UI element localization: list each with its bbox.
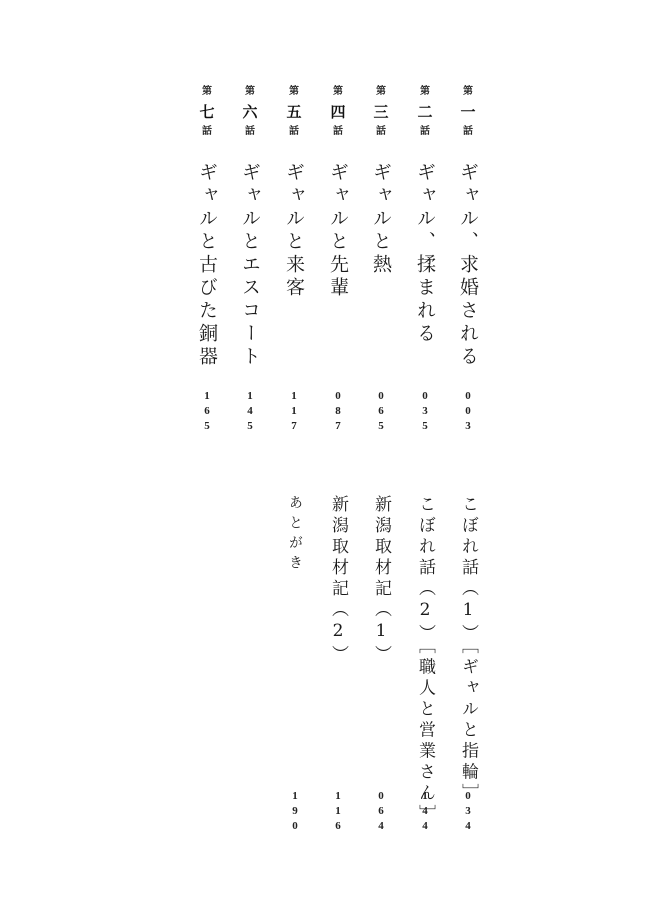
chapter-page-1: 003 bbox=[458, 390, 478, 435]
chapter-suffix: 話 bbox=[289, 126, 299, 138]
page-number: 034 bbox=[461, 790, 475, 835]
page-number: 144 bbox=[418, 790, 432, 835]
page-number: 117 bbox=[287, 390, 301, 435]
chapter-number: 二 bbox=[417, 103, 432, 121]
page-number: 165 bbox=[200, 390, 214, 435]
chapter-number: 四 bbox=[330, 103, 345, 121]
chapter-suffix: 話 bbox=[420, 126, 430, 138]
page-number: 064 bbox=[374, 790, 388, 835]
extra-page-5: 190 bbox=[285, 790, 305, 835]
chapter-page-5: 117 bbox=[284, 390, 304, 435]
extra-title-1[interactable]: こぼれ話（1）［ギャルと指輪］ bbox=[453, 495, 483, 805]
chapter-prefix: 第 bbox=[420, 86, 430, 98]
page-number: 087 bbox=[331, 390, 345, 435]
extra-title-5[interactable]: あとがき bbox=[280, 495, 310, 575]
chapter-suffix: 話 bbox=[376, 126, 386, 138]
chapter-prefix: 第 bbox=[202, 86, 212, 98]
extra-title-4[interactable]: 新潟取材記（2） bbox=[323, 495, 353, 666]
chapter-title-6[interactable]: ギャルとエスコート bbox=[235, 162, 265, 369]
chapter-suffix: 話 bbox=[333, 126, 343, 138]
chapter-page-3: 065 bbox=[371, 390, 391, 435]
chapter-label-5: 第 五 話 bbox=[279, 86, 309, 138]
chapter-prefix: 第 bbox=[376, 86, 386, 98]
chapter-number: 一 bbox=[460, 103, 475, 121]
chapter-number: 五 bbox=[286, 103, 301, 121]
chapter-title-5[interactable]: ギャルと来客 bbox=[279, 162, 309, 300]
chapter-page-7: 165 bbox=[197, 390, 217, 435]
chapter-suffix: 話 bbox=[463, 126, 473, 138]
chapter-prefix: 第 bbox=[245, 86, 255, 98]
chapter-label-6: 第 六 話 bbox=[235, 86, 265, 138]
extra-page-2: 144 bbox=[415, 790, 435, 835]
page-number: 065 bbox=[374, 390, 388, 435]
chapter-label-7: 第 七 話 bbox=[192, 86, 222, 138]
chapter-title-4[interactable]: ギャルと先輩 bbox=[323, 162, 353, 300]
page-number: 116 bbox=[331, 790, 345, 835]
page-number: 145 bbox=[243, 390, 257, 435]
chapter-number: 三 bbox=[373, 103, 388, 121]
page-number: 190 bbox=[288, 790, 302, 835]
extra-page-4: 116 bbox=[328, 790, 348, 835]
chapter-title-1[interactable]: ギャル、求婚される bbox=[453, 162, 483, 369]
chapter-label-3: 第 三 話 bbox=[366, 86, 396, 138]
chapter-label-4: 第 四 話 bbox=[323, 86, 353, 138]
page-number: 003 bbox=[461, 390, 475, 435]
chapter-title-2[interactable]: ギャル、揉まれる bbox=[410, 162, 440, 346]
chapter-number: 六 bbox=[242, 103, 257, 121]
chapter-suffix: 話 bbox=[245, 126, 255, 138]
chapter-number: 七 bbox=[199, 103, 214, 121]
chapter-page-4: 087 bbox=[328, 390, 348, 435]
extra-title-3[interactable]: 新潟取材記（1） bbox=[366, 495, 396, 666]
chapter-suffix: 話 bbox=[202, 126, 212, 138]
chapter-prefix: 第 bbox=[289, 86, 299, 98]
chapter-label-2: 第 二 話 bbox=[410, 86, 440, 138]
extra-page-1: 034 bbox=[458, 790, 478, 835]
page-number: 035 bbox=[418, 390, 432, 435]
chapter-label-1: 第 一 話 bbox=[453, 86, 483, 138]
chapter-title-3[interactable]: ギャルと熱 bbox=[366, 162, 396, 277]
extra-page-3: 064 bbox=[371, 790, 391, 835]
chapter-prefix: 第 bbox=[333, 86, 343, 98]
chapter-prefix: 第 bbox=[463, 86, 473, 98]
chapter-page-6: 145 bbox=[240, 390, 260, 435]
chapter-page-2: 035 bbox=[415, 390, 435, 435]
chapter-title-7[interactable]: ギャルと古びた銅器 bbox=[192, 162, 222, 369]
extra-title-2[interactable]: こぼれ話（2）［職人と営業さん］ bbox=[410, 495, 440, 826]
